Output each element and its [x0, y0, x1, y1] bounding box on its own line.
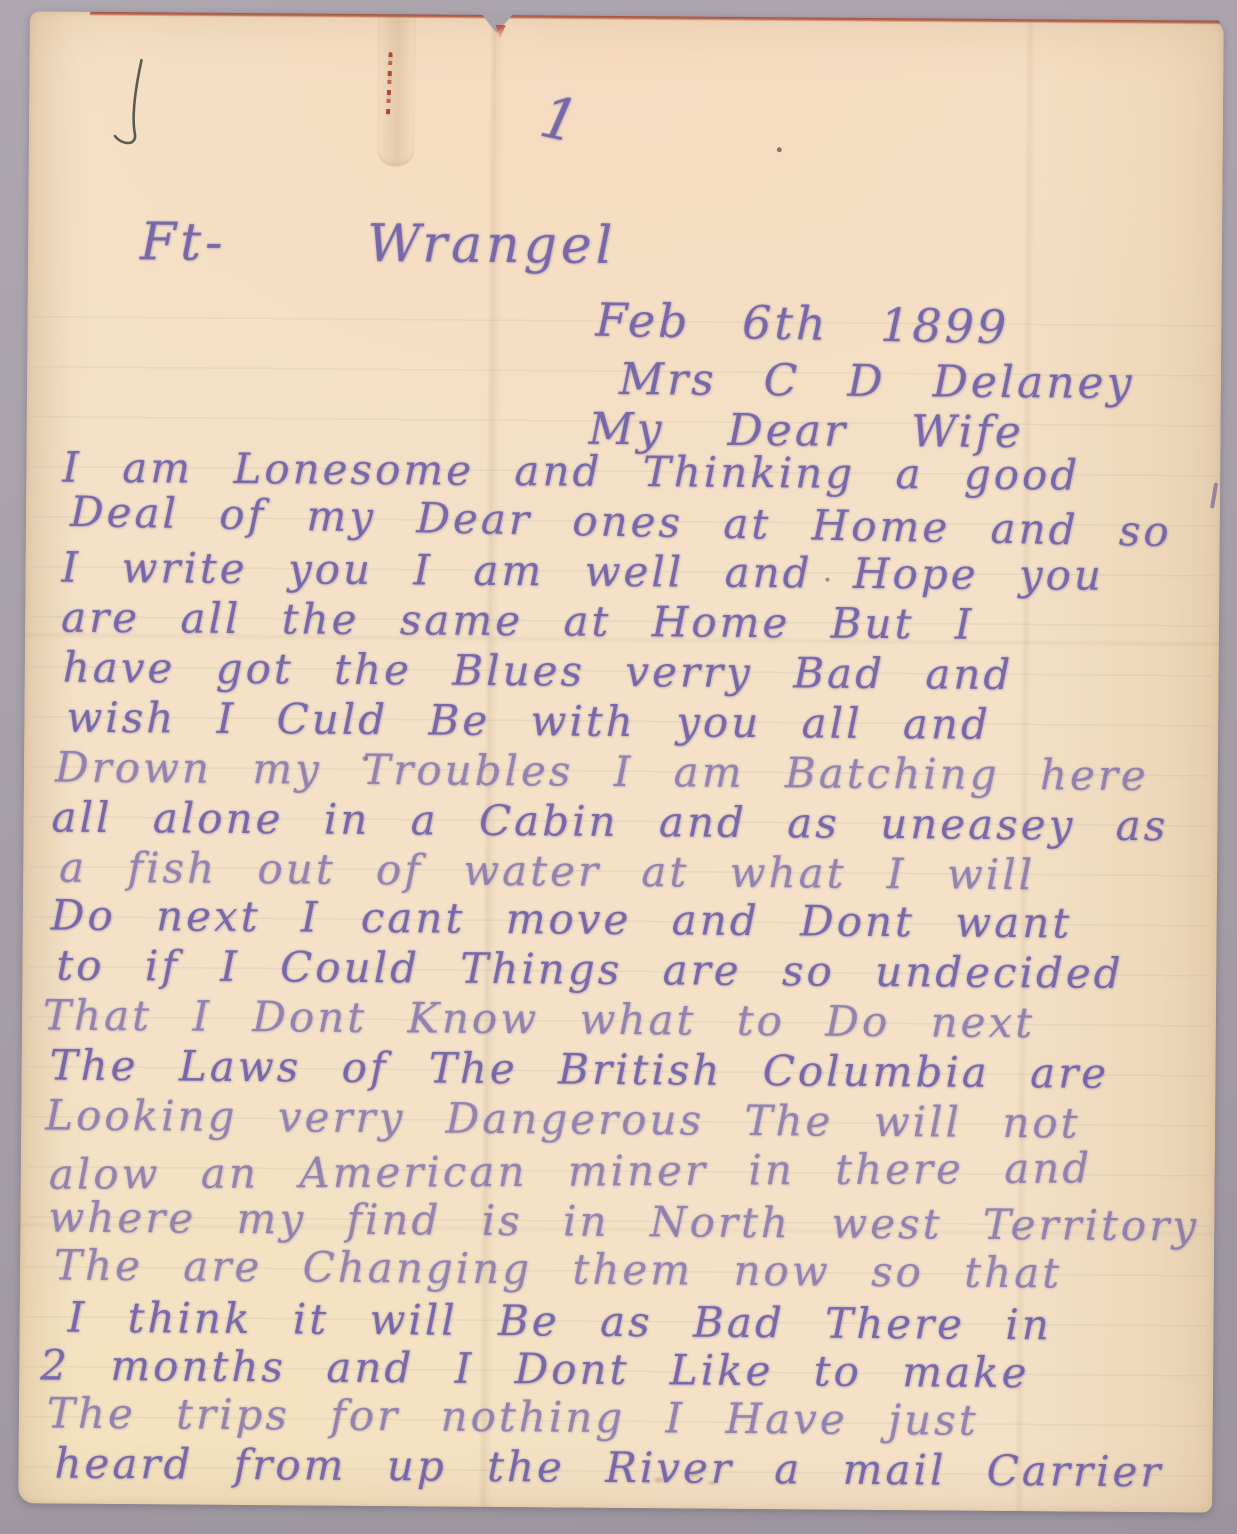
- letter-body-line: The Laws of The British Columbia are: [49, 1042, 1109, 1098]
- paper-top-edge-line: [90, 12, 1220, 25]
- page-number: 1: [536, 92, 585, 147]
- letter-body-line: to if I Could Things are so undecided: [56, 942, 1124, 998]
- paper-sheet: 1 Ft- Wrangel Feb 6th 1899 Mrs C D Delan…: [18, 11, 1224, 1512]
- letter-body-line: Looking verry Dangerous The will not: [45, 1091, 1081, 1147]
- letter-date-line: Feb 6th 1899: [595, 296, 1010, 352]
- letter-body-line: heard from up the River a mail Carrier: [54, 1440, 1163, 1497]
- letter-place-line: Ft- Wrangel: [140, 218, 617, 270]
- paper-speck: [777, 147, 782, 152]
- right-edge-pen-mark: [1210, 482, 1218, 508]
- letter-body-line: The are Changing them now so that: [54, 1242, 1062, 1298]
- letter-body-line: wish I Culd Be with you all and: [66, 694, 991, 749]
- letter-body-line: Do next I cant move and Dont want: [51, 892, 1073, 948]
- letter-body-line: alow an American miner in there and: [49, 1144, 1093, 1198]
- letter-body-line: all alone in a Cabin and as uneasey as: [51, 794, 1168, 851]
- tear-notch: [478, 13, 514, 33]
- letter-body-line: have got the Blues verry Bad and: [63, 644, 1014, 699]
- letter-body-line: The trips for nothing I Have just: [47, 1390, 979, 1445]
- letter-body-line: I write you I am well and Hope you: [61, 544, 1104, 600]
- letter-addressee-line: Mrs C D Delaney: [619, 356, 1135, 408]
- fold-crease-top-band: [377, 14, 416, 166]
- pen-stroke-mark: [107, 56, 154, 156]
- letter-body-line: That I Dont Know what to Do next: [43, 991, 1035, 1047]
- scanner-background: 1 Ft- Wrangel Feb 6th 1899 Mrs C D Delan…: [0, 0, 1237, 1534]
- letter-body-line: are all the same at Home But I: [61, 594, 975, 649]
- letter-body-line: Drown my Troubles I am Batching here: [55, 744, 1149, 801]
